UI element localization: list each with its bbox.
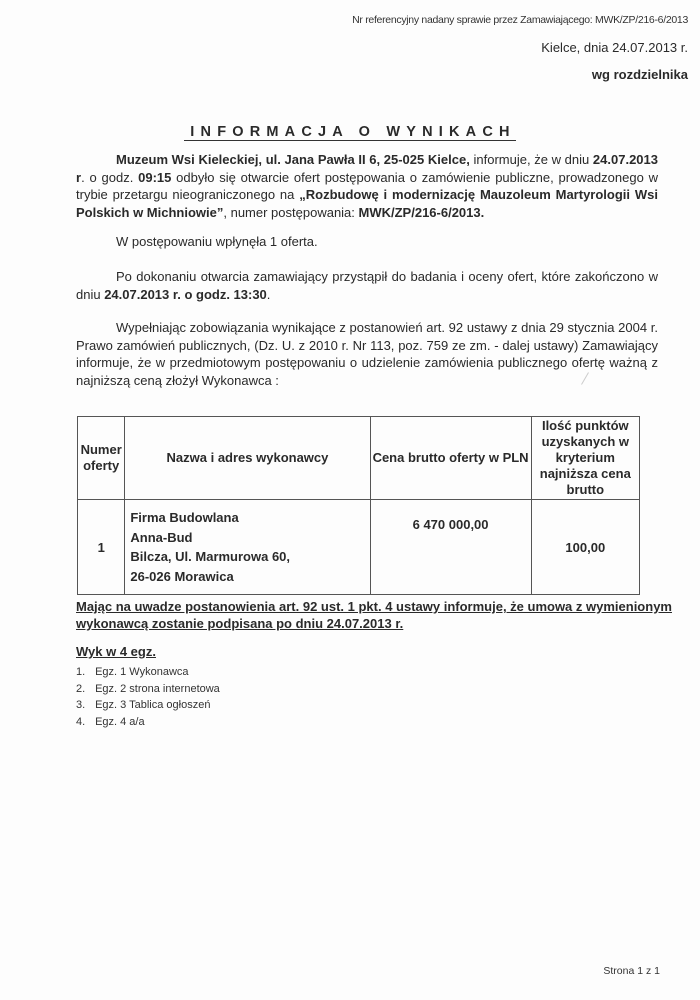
- paragraph-offers-count: W postępowaniu wpłynęła 1 oferta.: [76, 233, 658, 251]
- distribution-note: wg rozdzielnika: [592, 67, 688, 82]
- list-number: 1.: [76, 664, 92, 681]
- offer-points: 100,00: [531, 500, 639, 595]
- paragraph-text: , numer postępowania:: [223, 205, 358, 220]
- paragraph-legal-basis: Wypełniając zobowiązania wynikające z po…: [76, 319, 658, 389]
- contractor-cell: Firma Budowlana Anna-Bud Bilcza, Ul. Mar…: [125, 500, 370, 595]
- copies-title: Wyk w 4 egz.: [76, 644, 156, 659]
- list-text: Egz. 1 Wykonawca: [95, 666, 188, 678]
- place-date: Kielce, dnia 24.07.2013 r.: [541, 40, 688, 55]
- opening-time: 09:15: [138, 170, 171, 185]
- offer-price: 6 470 000,00: [370, 500, 531, 595]
- evaluation-datetime: 24.07.2013 r. o godz. 13:30: [104, 287, 267, 302]
- list-number: 3.: [76, 697, 92, 714]
- results-table: Numer oferty Nazwa i adres wykonawcy Cen…: [77, 416, 640, 595]
- list-text: Egz. 4 a/a: [95, 716, 145, 728]
- case-number: MWK/ZP/216-6/2013.: [359, 205, 485, 220]
- paragraph-text: . o godz.: [81, 170, 138, 185]
- offer-number: 1: [78, 500, 125, 595]
- header-points: Ilość punktów uzyskanych w kryterium naj…: [531, 417, 639, 500]
- paragraph-text: informuje, że w dniu: [470, 152, 593, 167]
- reference-number: Nr referencyjny nadany sprawie przez Zam…: [352, 14, 688, 26]
- list-item: 3. Egz. 3 Tablica ogłoszeń: [76, 697, 220, 714]
- list-item: 1. Egz. 1 Wykonawca: [76, 664, 220, 681]
- contractor-line: Firma Budowlana: [130, 508, 368, 528]
- table-header-row: Numer oferty Nazwa i adres wykonawcy Cen…: [78, 417, 640, 500]
- contract-notice: Mając na uwadze postanowienia art. 92 us…: [76, 598, 676, 632]
- paragraph-evaluation: Po dokonaniu otwarcia zamawiający przyst…: [76, 268, 658, 303]
- header-contractor: Nazwa i adres wykonawcy: [125, 417, 370, 500]
- document-title-text: INFORMACJA O WYNIKACH: [184, 124, 515, 141]
- page-number: Strona 1 z 1: [603, 965, 660, 977]
- header-offer-number: Numer oferty: [78, 417, 125, 500]
- list-number: 4.: [76, 714, 92, 731]
- copies-list: 1. Egz. 1 Wykonawca 2. Egz. 2 strona int…: [76, 664, 220, 730]
- document-title: INFORMACJA O WYNIKACH: [0, 124, 700, 140]
- organization-name: Muzeum Wsi Kieleckiej, ul. Jana Pawła II…: [116, 152, 470, 167]
- list-text: Egz. 3 Tablica ogłoszeń: [95, 699, 210, 711]
- table-row: 1 Firma Budowlana Anna-Bud Bilcza, Ul. M…: [78, 500, 640, 595]
- paragraph-text: .: [267, 287, 271, 302]
- paragraph-opening: Muzeum Wsi Kieleckiej, ul. Jana Pawła II…: [76, 151, 658, 221]
- list-item: 4. Egz. 4 a/a: [76, 714, 220, 731]
- list-text: Egz. 2 strona internetowa: [95, 683, 220, 695]
- list-item: 2. Egz. 2 strona internetowa: [76, 681, 220, 698]
- contractor-line: Bilcza, Ul. Marmurowa 60,: [130, 547, 368, 567]
- list-number: 2.: [76, 681, 92, 698]
- contractor-line: Anna-Bud: [130, 528, 368, 548]
- contractor-line: 26-026 Morawica: [130, 567, 368, 587]
- header-price: Cena brutto oferty w PLN: [370, 417, 531, 500]
